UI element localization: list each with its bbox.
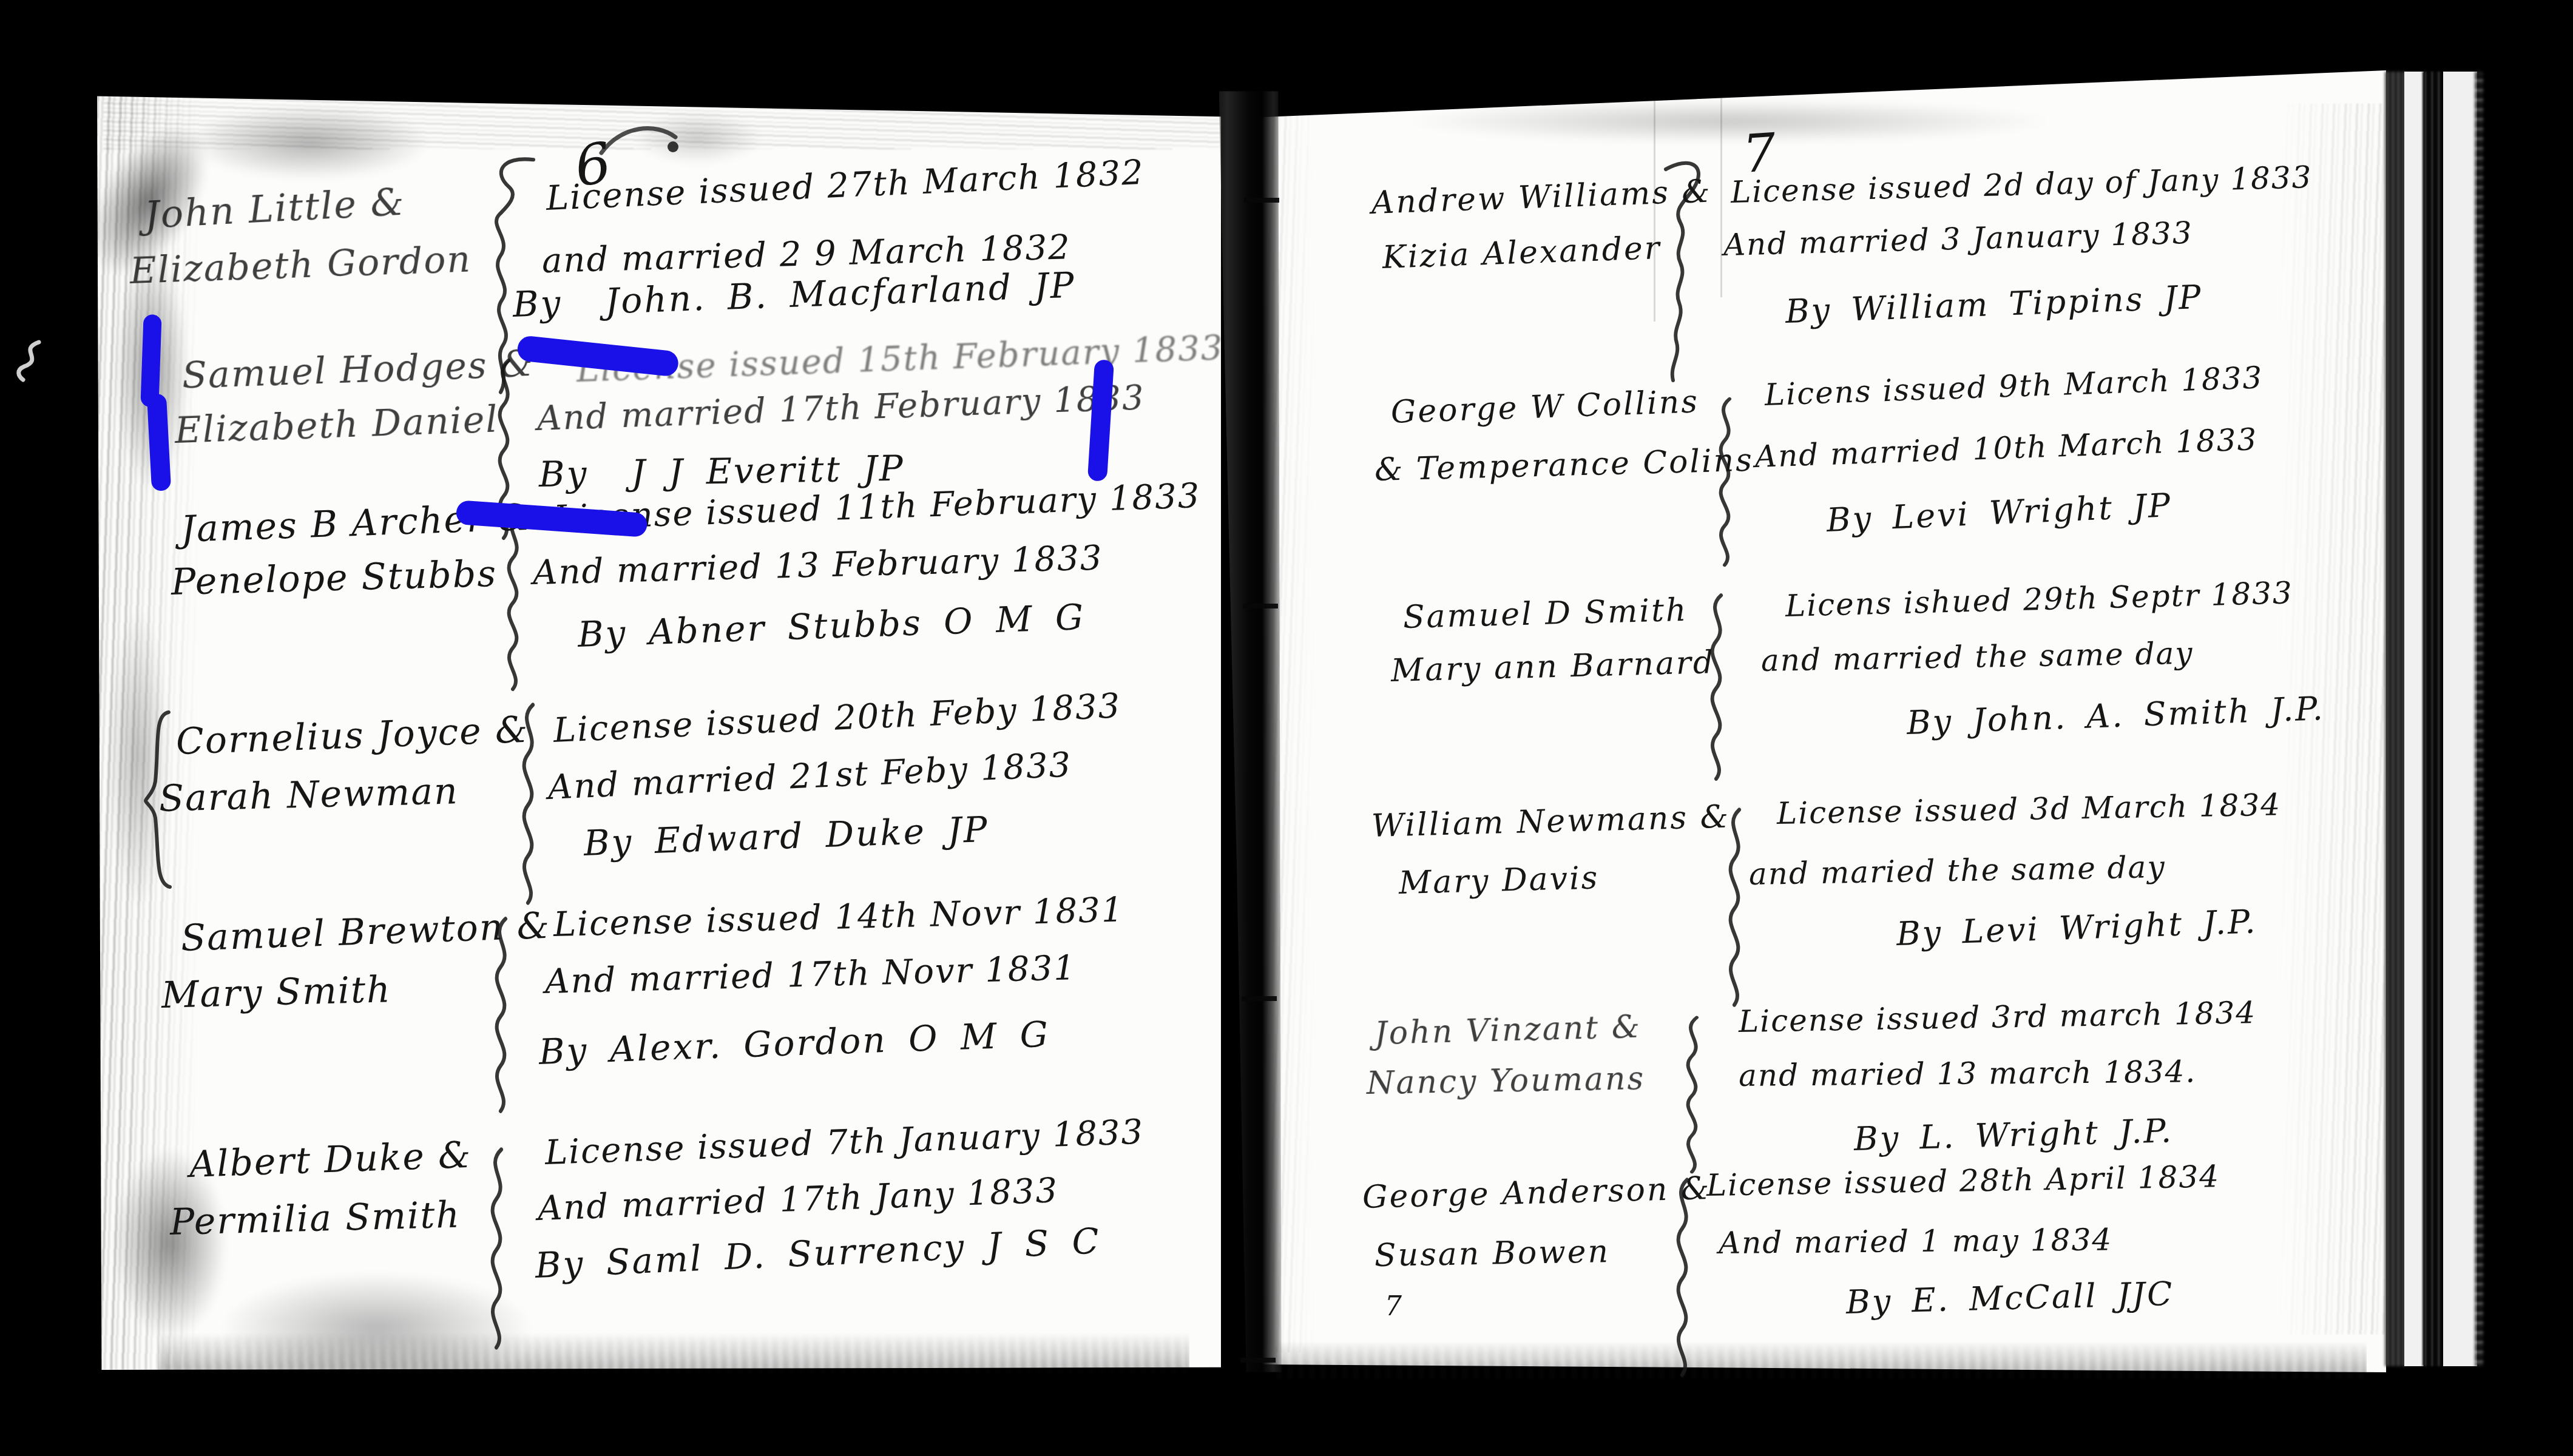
bottom-edge-noise [1274,1341,2367,1380]
scan-scratch-line [1720,91,1722,297]
binding-stitch-mark [1243,604,1278,608]
entry-party-b: Susan Bowen [1374,1233,1610,1274]
bottom-edge-noise [158,1332,1189,1375]
page-edge-shadow [2475,72,2483,1366]
margin-ink-squiggle [11,337,50,385]
flourish-mark [598,121,701,164]
entry-party-a: John Vinzant & [1374,1008,1642,1051]
entry-brace [1716,806,1753,1009]
top-smudge-right [1274,91,2185,152]
entry-party-b: Nancy Youmans [1366,1060,1645,1102]
entry-party-b: Permilia Smith [169,1193,461,1244]
entry-married-line: and maried the same day [1748,849,2166,892]
bottom-smudge [158,1250,595,1407]
entry-married-line: And maried 1 may 1834 [1719,1222,2113,1261]
page-edge-shadow [2423,72,2443,1366]
entry-party-b: Mary Smith [161,968,392,1017]
entry-party-b: Sarah Newman [158,770,459,820]
blue-vertical-bar-mark [140,314,161,407]
entry-party-b: Mary Davis [1398,860,1600,902]
entry-party-b: Penelope Stubbs [171,553,498,604]
entry-brace [478,1145,515,1352]
entry-married-line: and maried 13 march 1834. [1739,1054,2197,1093]
entry-married-line: and married the same day [1760,636,2194,678]
scanned-book-spread: 6 7 John Little & Elizabeth Gordon Licen… [0,0,2573,1456]
underlying-page-edge [2404,72,2424,1366]
binding-stitch-mark [1244,198,1279,203]
top-smudge [140,91,479,194]
entry-brace [1674,1014,1710,1175]
binding-stitch-mark [1240,1358,1276,1363]
entry-brace [1706,396,1743,568]
binding-stitch-mark [1242,996,1277,1001]
page-edge-shadow [2385,72,2406,1366]
entry-party-a: Samuel D Smith [1402,592,1688,636]
stray-page-mark: 7 [1385,1291,1402,1322]
underlying-page-edge [2443,72,2477,1366]
entry-brace [1698,591,1734,783]
